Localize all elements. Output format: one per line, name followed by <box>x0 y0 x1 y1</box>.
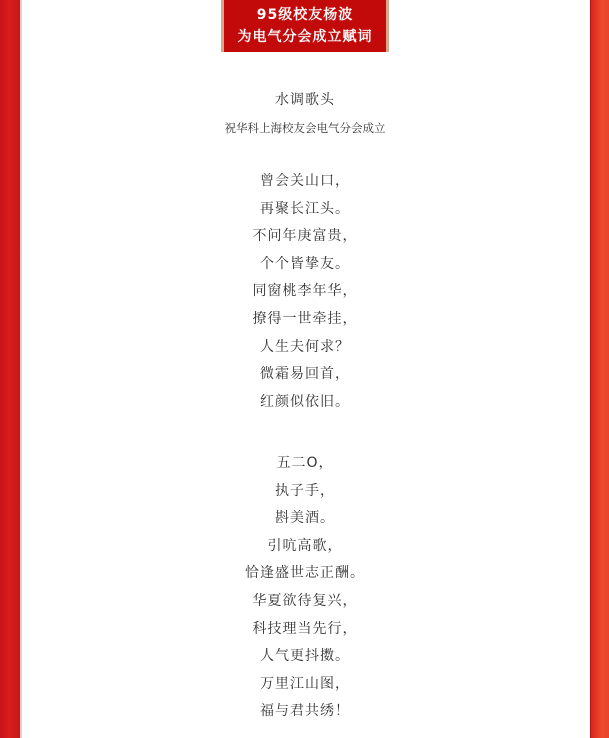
poem-line: 福与君共绣！ <box>20 698 590 726</box>
poem-line: 五二O， <box>20 450 590 478</box>
header-line-2: 为电气分会成立赋词 <box>238 26 373 48</box>
poem-subtitle: 祝华科上海校友会电气分会成立 <box>20 120 590 136</box>
poem-line: 撩得一世牵挂， <box>20 306 590 334</box>
poem-line: 恰逢盛世志正酬。 <box>20 560 590 588</box>
poem-line: 不问年庚富贵， <box>20 223 590 251</box>
decorative-right-border <box>590 0 609 738</box>
poem-line: 科技理当先行， <box>20 616 590 644</box>
poem-line: 万里江山图， <box>20 671 590 699</box>
poem-line: 曾会关山口， <box>20 168 590 196</box>
header-line-1: 95级校友杨波 <box>257 4 353 26</box>
poem-line: 引吭高歌， <box>20 533 590 561</box>
poem-line: 人生夫何求？ <box>20 334 590 362</box>
article-page: 95级校友杨波 为电气分会成立赋词 水调歌头 祝华科上海校友会电气分会成立 曾会… <box>0 0 609 738</box>
poem-line: 红颜似依旧。 <box>20 389 590 417</box>
poem-line: 再聚长江头。 <box>20 196 590 224</box>
poem-line: 斟美酒。 <box>20 505 590 533</box>
poem-line: 执子手， <box>20 478 590 506</box>
header-banner: 95级校友杨波 为电气分会成立赋词 <box>221 0 389 52</box>
poem-title: 水调歌头 <box>20 89 590 109</box>
poem-stanza-1: 曾会关山口， 再聚长江头。 不问年庚富贵， 个个皆挚友。 同窗桃李年华， 撩得一… <box>20 168 590 416</box>
poem-stanza-2: 五二O， 执子手， 斟美酒。 引吭高歌， 恰逢盛世志正酬。 华夏欲待复兴， 科技… <box>20 450 590 726</box>
poem-line: 个个皆挚友。 <box>20 251 590 279</box>
poem-line: 微霜易回首， <box>20 361 590 389</box>
decorative-left-border <box>0 0 20 738</box>
poem-line: 人气更抖擞。 <box>20 643 590 671</box>
poem-line: 同窗桃李年华， <box>20 278 590 306</box>
poem-line: 华夏欲待复兴， <box>20 588 590 616</box>
